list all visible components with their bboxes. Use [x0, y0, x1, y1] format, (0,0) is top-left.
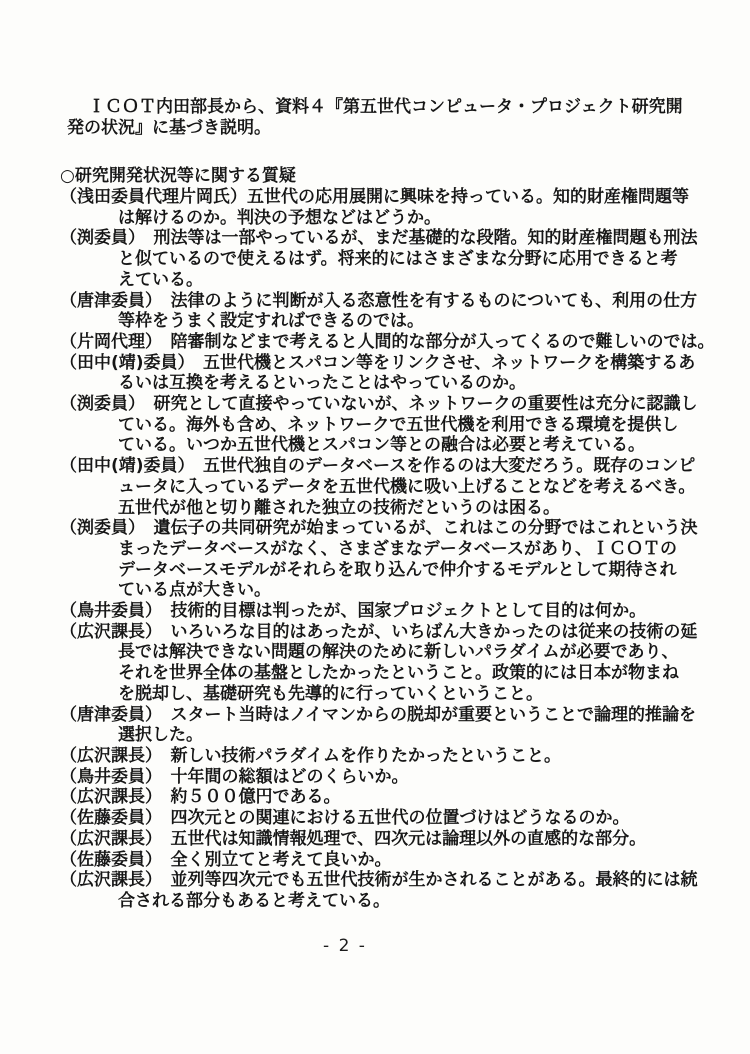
speaker-name: （田中(靖)委員） — [60, 456, 203, 476]
qa-line: （広沢課長） 五世代は知識情報処理で、四次元は論理以外の直感的な部分。 — [60, 829, 720, 850]
qa-list: （浅田委員代理片岡氏）五世代の応用展開に興味を持っている。知的財産権問題等は解け… — [60, 187, 720, 912]
statement-text: 五世代独自のデータベースを作るのは大変だろう。既存のコンピ — [203, 456, 695, 476]
speaker-name: （佐藤委員） — [60, 850, 171, 870]
qa-line: （佐藤委員） 全く別立てと考えて良いか。 — [60, 850, 720, 871]
qa-continuation-line: と似ているので使えるはず。将来的にはさまざまな分野に応用できると考 — [60, 249, 720, 270]
speaker-name: （鳥井委員） — [60, 601, 171, 621]
speaker-name: （渕委員） — [60, 228, 154, 248]
statement-text: 技術的目標は判ったが、国家プロジェクトとして目的は何か。 — [171, 601, 647, 621]
statement-text: 十年間の総額はどのくらいか。 — [171, 767, 409, 787]
intro-paragraph: ＩＣＯＴ内田部長から、資料４『第五世代コンピュータ・プロジェクト研究開 発の状況… — [60, 97, 683, 139]
qa-continuation-line: 五世代が他と切り離された独立の技術だというのは困る。 — [60, 498, 720, 519]
qa-line: （田中(靖)委員） 五世代独自のデータベースを作るのは大変だろう。既存のコンピ — [60, 456, 720, 477]
statement-text: 新しい技術パラダイムを作りたかったということ。 — [171, 746, 562, 766]
statement-text: 四次元との関連における五世代の位置づけはどうなるのか。 — [171, 808, 630, 828]
statement-text: 約５００億円である。 — [171, 787, 341, 807]
statement-text: 陪審制などまで考えると人間的な部分が入ってくるので難しいのでは。 — [171, 332, 715, 352]
speaker-name: （広沢課長） — [60, 746, 171, 766]
qa-line: （浅田委員代理片岡氏）五世代の応用展開に興味を持っている。知的財産権問題等 — [60, 187, 720, 208]
qa-line: （広沢課長） 約５００億円である。 — [60, 787, 720, 808]
qa-line: （広沢課長） 並列等四次元でも五世代技術が生かされることがある。最終的には統 — [60, 870, 720, 891]
statement-text: 五世代は知識情報処理で、四次元は論理以外の直感的な部分。 — [171, 829, 647, 849]
qa-line: （鳥井委員） 十年間の総額はどのくらいか。 — [60, 767, 720, 788]
qa-continuation-line: それを世界全体の基盤としたかったということ。政策的には日本が物まね — [60, 663, 720, 684]
qa-line: （広沢課長） いろいろな目的はあったが、いちばん大きかったのは従来の技術の延 — [60, 622, 720, 643]
qa-continuation-line: 長では解決できない問題の解決のために新しいパラダイムが必要であり、 — [60, 642, 720, 663]
qa-continuation-line: えている。 — [60, 270, 720, 291]
qa-line: （唐津委員） 法律のように判断が入る恣意性を有するものについても、利用の仕方 — [60, 291, 720, 312]
speaker-name: （田中(靖)委員） — [60, 353, 203, 373]
statement-text: いろいろな目的はあったが、いちばん大きかったのは従来の技術の延 — [171, 622, 698, 642]
statement-text: 全く別立てと考えて良いか。 — [171, 850, 392, 870]
qa-continuation-line: ている点が大きい。 — [60, 580, 720, 601]
qa-line: （片岡代理） 陪審制などまで考えると人間的な部分が入ってくるので難しいのでは。 — [60, 332, 720, 353]
qa-continuation-line: まったデータベースがなく、さまざまなデータベースがあり、ＩＣＯＴの — [60, 539, 720, 560]
statement-text: 刑法等は一部やっているが、まだ基礎的な段階。知的財産権問題も刑法 — [154, 228, 698, 248]
qa-continuation-line: データベースモデルがそれらを取り込んで仲介するモデルとして期待され — [60, 560, 720, 581]
speaker-name: （鳥井委員） — [60, 767, 171, 787]
speaker-name: （広沢課長） — [60, 870, 171, 890]
speaker-name: （唐津委員） — [60, 705, 171, 725]
qa-continuation-line: 合される部分もあると考えている。 — [60, 891, 720, 912]
speaker-name: （広沢課長） — [60, 622, 171, 642]
speaker-name: （渕委員） — [60, 518, 154, 538]
qa-continuation-line: 等枠をうまく設定すればできるのでは。 — [60, 311, 720, 332]
speaker-name: （広沢課長） — [60, 787, 171, 807]
qa-continuation-line: るいは互換を考えるといったことはやっているのか。 — [60, 373, 720, 394]
qa-continuation-line: ている。海外も含め、ネットワークで五世代機を利用できる環境を提供し — [60, 415, 720, 436]
qa-line: （渕委員） 研究として直接やっていないが、ネットワークの重要性は充分に認識し — [60, 394, 720, 415]
speaker-name: （広沢課長） — [60, 829, 171, 849]
qa-line: （田中(靖)委員） 五世代機とスパコン等をリンクさせ、ネットワークを構築するあ — [60, 353, 720, 374]
page-number: - 2 - — [285, 936, 405, 956]
statement-text: 法律のように判断が入る恣意性を有するものについても、利用の仕方 — [171, 291, 698, 311]
section-heading: ○研究開発状況等に関する質疑 — [60, 166, 296, 187]
intro-line: 発の状況』に基づき説明。 — [60, 118, 683, 139]
statement-text: 並列等四次元でも五世代技術が生かされることがある。最終的には統 — [171, 870, 698, 890]
speaker-name: （片岡代理） — [60, 332, 171, 352]
qa-continuation-line: 選択した。 — [60, 725, 720, 746]
qa-line: （渕委員） 刑法等は一部やっているが、まだ基礎的な段階。知的財産権問題も刑法 — [60, 228, 720, 249]
speaker-name: （浅田委員代理片岡氏） — [60, 187, 247, 207]
qa-continuation-line: は解けるのか。判決の予想などはどうか。 — [60, 208, 720, 229]
statement-text: 遺伝子の共同研究が始まっているが、これはこの分野ではこれという決 — [154, 518, 698, 538]
qa-continuation-line: ュータに入っているデータを五世代機に吸い上げることなどを考えるべき。 — [60, 477, 720, 498]
qa-line: （佐藤委員） 四次元との関連における五世代の位置づけはどうなるのか。 — [60, 808, 720, 829]
document-page: ＩＣＯＴ内田部長から、資料４『第五世代コンピュータ・プロジェクト研究開 発の状況… — [0, 0, 750, 1054]
qa-line: （唐津委員） スタート当時はノイマンからの脱却が重要ということで論理的推論を — [60, 705, 720, 726]
qa-line: （渕委員） 遺伝子の共同研究が始まっているが、これはこの分野ではこれという決 — [60, 518, 720, 539]
intro-line: ＩＣＯＴ内田部長から、資料４『第五世代コンピュータ・プロジェクト研究開 — [60, 97, 683, 118]
qa-continuation-line: ている。いつか五世代機とスパコン等との融合は必要と考えている。 — [60, 435, 720, 456]
statement-text: 五世代の応用展開に興味を持っている。知的財産権問題等 — [247, 187, 689, 207]
speaker-name: （唐津委員） — [60, 291, 171, 311]
statement-text: スタート当時はノイマンからの脱却が重要ということで論理的推論を — [171, 705, 696, 725]
statement-text: 五世代機とスパコン等をリンクさせ、ネットワークを構築するあ — [203, 353, 695, 373]
qa-line: （広沢課長） 新しい技術パラダイムを作りたかったということ。 — [60, 746, 720, 767]
qa-line: （鳥井委員） 技術的目標は判ったが、国家プロジェクトとして目的は何か。 — [60, 601, 720, 622]
statement-text: 研究として直接やっていないが、ネットワークの重要性は充分に認識し — [154, 394, 698, 414]
speaker-name: （渕委員） — [60, 394, 154, 414]
speaker-name: （佐藤委員） — [60, 808, 171, 828]
qa-continuation-line: を脱却し、基礎研究も先導的に行っていくということ。 — [60, 684, 720, 705]
